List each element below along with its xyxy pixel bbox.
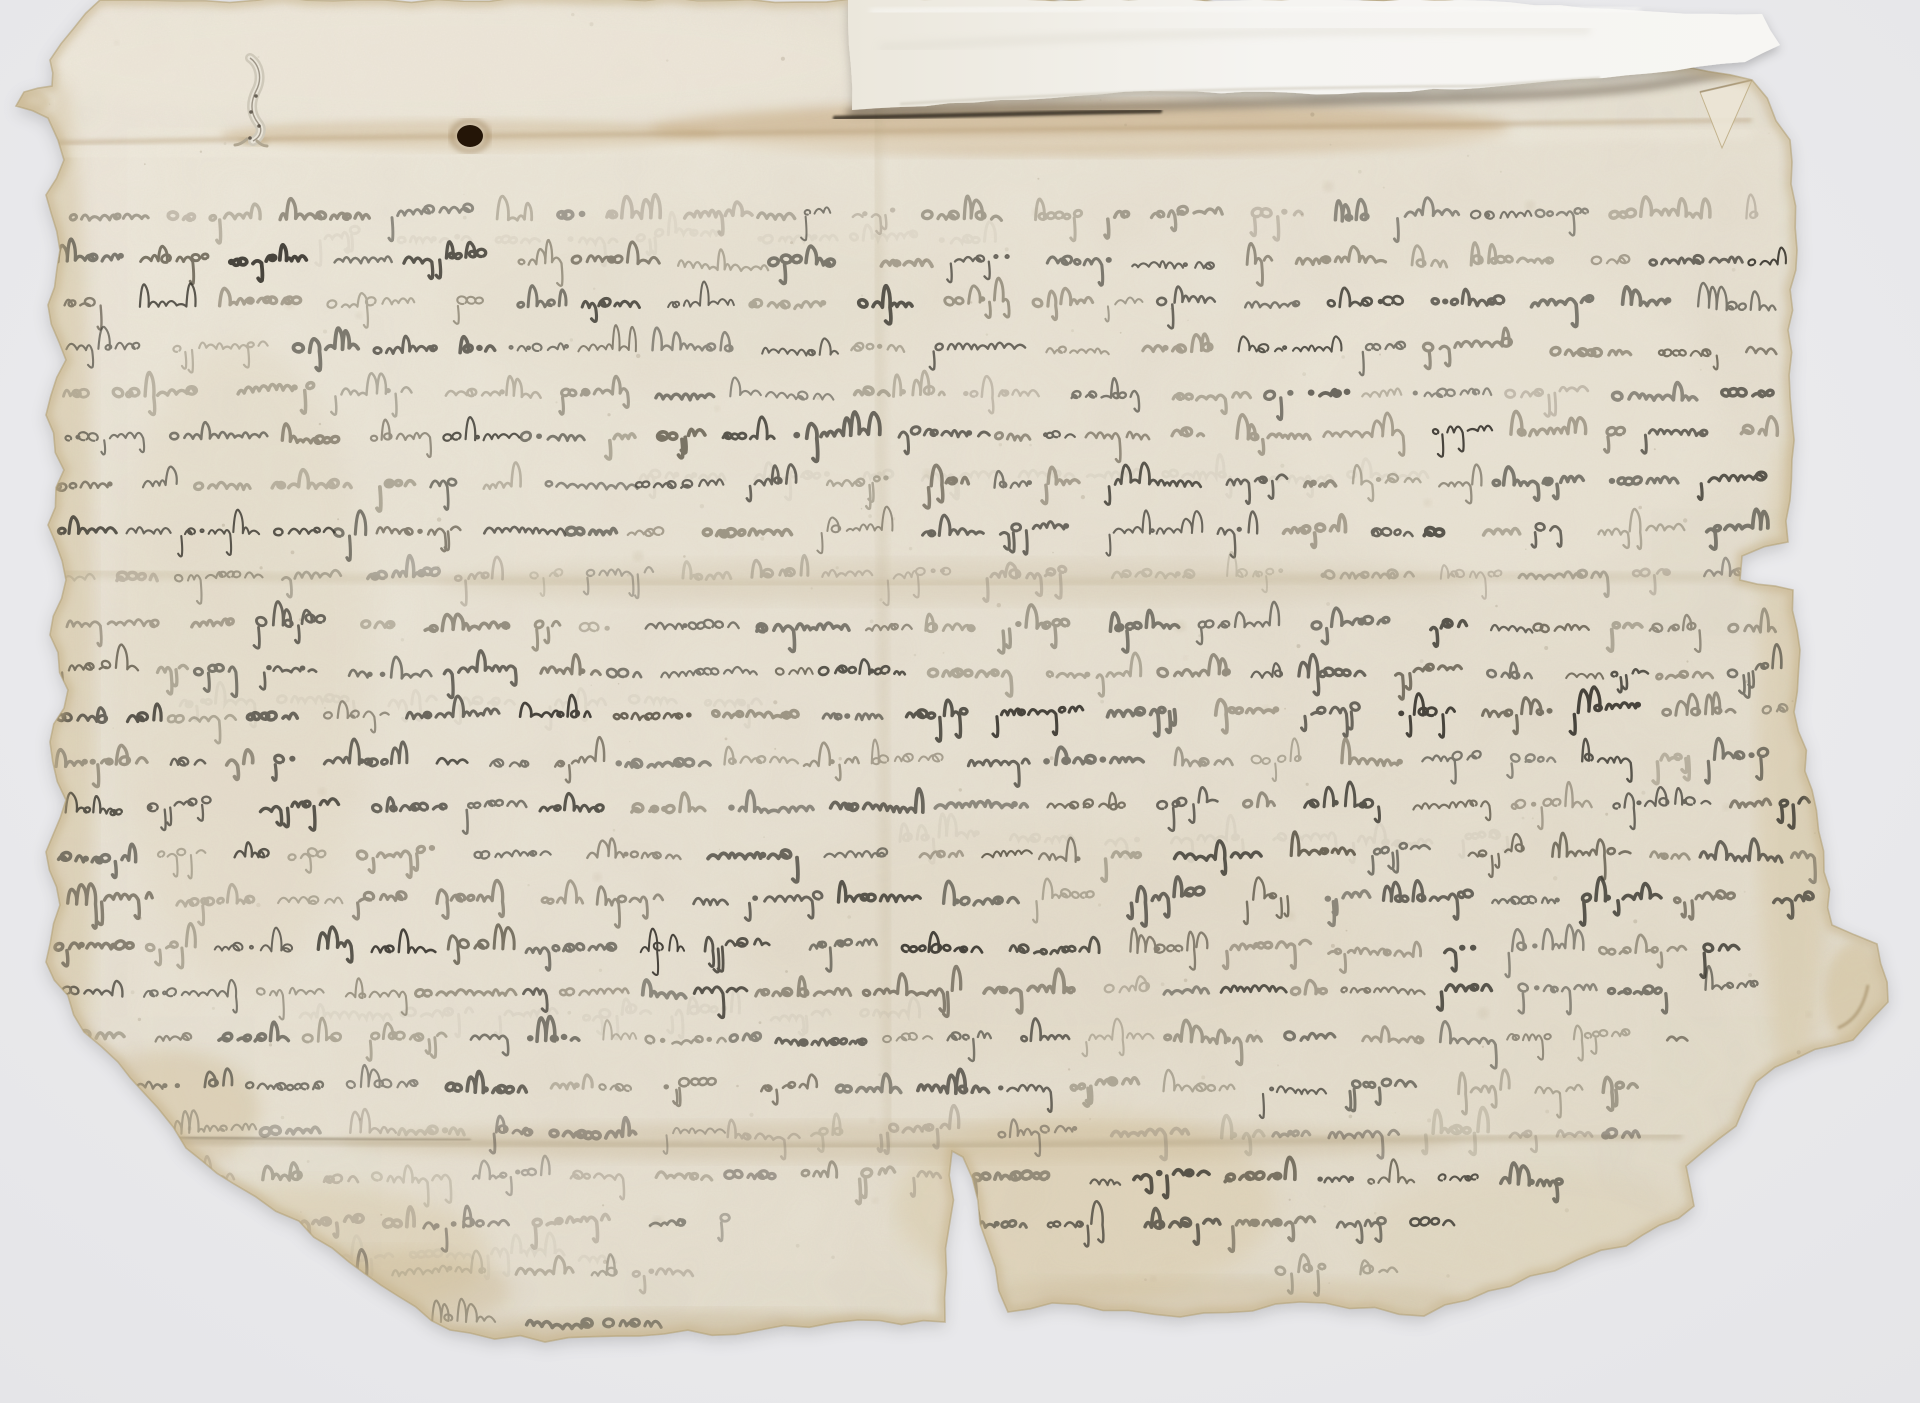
- manuscript-scene: Photograph of a damaged medieval parchme…: [0, 0, 1920, 1403]
- wormhole: [457, 125, 483, 147]
- manuscript-photo: Photograph of a damaged medieval parchme…: [0, 0, 1920, 1403]
